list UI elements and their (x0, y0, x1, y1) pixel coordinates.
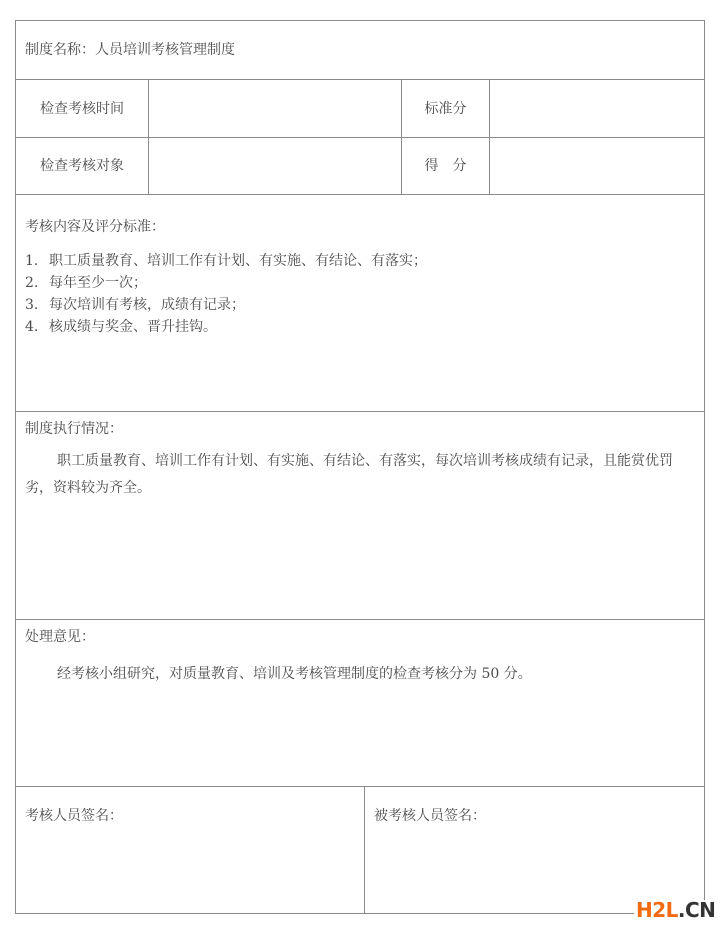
execution-text: 职工质量教育、培训工作有计划、有实施、有结论、有落实，每次培训考核成绩有记录，且… (25, 448, 696, 502)
site-watermark-logo: H2L.CN (634, 900, 717, 920)
score-label-cell: 得 分 (402, 138, 490, 194)
criteria-item-number: 3. (25, 294, 49, 316)
criteria-list: 1.职工质量教育、培训工作有计划、有实施、有结论、有落实； 2.每年至少一次； … (25, 250, 427, 338)
examinee-signature-label: 被考核人员签名： (374, 805, 486, 825)
criteria-section: 考核内容及评分标准： 1.职工质量教育、培训工作有计划、有实施、有结论、有落实；… (16, 195, 704, 412)
opinion-text: 经考核小组研究，对质量教育、培训及考核管理制度的检查考核分为 50 分。 (25, 661, 696, 688)
criteria-item: 3.每次培训有考核，成绩有记录； (25, 294, 427, 316)
opinion-section: 处理意见： 经考核小组研究，对质量教育、培训及考核管理制度的检查考核分为 50 … (16, 620, 704, 787)
inspection-time-row: 检查考核时间 标准分 (16, 80, 704, 138)
form-title: 制度名称：人员培训考核管理制度 (25, 43, 235, 57)
standard-score-label: 标准分 (425, 102, 467, 116)
criteria-item: 4.核成绩与奖金、晋升挂钩。 (25, 316, 427, 338)
inspection-target-label: 检查考核对象 (40, 159, 124, 173)
examiner-signature-label: 考核人员签名： (25, 805, 123, 825)
assessment-form: 制度名称：人员培训考核管理制度 检查考核时间 标准分 检查考核对象 得 分 (15, 20, 705, 914)
examiner-signature-field[interactable]: 考核人员签名： (16, 787, 365, 913)
criteria-item-number: 2. (25, 272, 49, 294)
execution-heading: 制度执行情况： (25, 418, 123, 438)
inspection-time-label-cell: 检查考核时间 (16, 80, 149, 137)
watermark-part-b: .CN (678, 898, 716, 922)
inspection-target-label-cell: 检查考核对象 (16, 138, 149, 194)
watermark-part-a: H2L (636, 898, 678, 922)
criteria-item-text: 每次培训有考核，成绩有记录； (49, 297, 245, 313)
inspection-target-row: 检查考核对象 得 分 (16, 138, 704, 195)
score-field[interactable] (490, 138, 704, 194)
examinee-signature-field[interactable]: 被考核人员签名： (365, 787, 704, 913)
inspection-target-field[interactable] (149, 138, 402, 194)
standard-score-field[interactable] (490, 80, 704, 137)
criteria-item-number: 4. (25, 316, 49, 338)
form-title-row: 制度名称：人员培训考核管理制度 (16, 21, 704, 80)
inspection-time-label: 检查考核时间 (40, 102, 124, 116)
execution-section: 制度执行情况： 职工质量教育、培训工作有计划、有实施、有结论、有落实，每次培训考… (16, 412, 704, 620)
opinion-heading: 处理意见： (25, 626, 95, 646)
criteria-item-text: 每年至少一次； (49, 275, 147, 291)
criteria-item-text: 职工质量教育、培训工作有计划、有实施、有结论、有落实； (49, 253, 427, 269)
score-label: 得 分 (425, 159, 467, 173)
criteria-item: 1.职工质量教育、培训工作有计划、有实施、有结论、有落实； (25, 250, 427, 272)
title-value: 人员培训考核管理制度 (95, 42, 235, 58)
signature-row: 考核人员签名： 被考核人员签名： (16, 787, 704, 913)
criteria-item-text: 核成绩与奖金、晋升挂钩。 (49, 319, 217, 335)
criteria-item: 2.每年至少一次； (25, 272, 427, 294)
criteria-heading: 考核内容及评分标准： (25, 216, 165, 236)
criteria-item-number: 1. (25, 250, 49, 272)
title-label: 制度名称： (25, 42, 95, 58)
standard-score-label-cell: 标准分 (402, 80, 490, 137)
inspection-time-field[interactable] (149, 80, 402, 137)
